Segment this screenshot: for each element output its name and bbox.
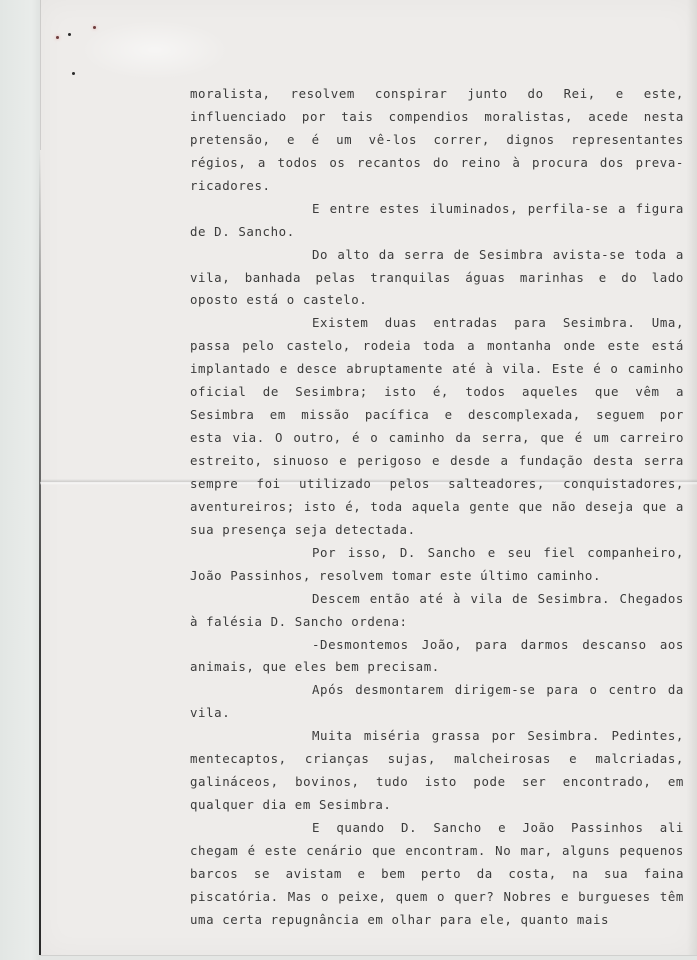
paragraph: -Desmontemos João, para darmos descanso … — [190, 634, 684, 680]
paragraph: Após desmontarem dirigem-se para o centr… — [190, 679, 684, 725]
text-line: uma certa repugnância em olhar para ele,… — [190, 909, 684, 932]
text-line: à falésia D. Sancho ordena: — [190, 611, 684, 634]
paper-crease-highlight — [80, 20, 230, 80]
paragraph: Muita miséria grassa por Sesimbra. Pedin… — [190, 725, 684, 817]
text-line: E entre estes iluminados, perfila-se a f… — [190, 198, 684, 221]
text-line: Sesimbra em missão pacífica e descomplex… — [190, 404, 684, 427]
text-line: Descem então até à vila de Sesimbra. Che… — [190, 588, 684, 611]
text-line: Existem duas entradas para Sesimbra. Uma… — [190, 312, 684, 335]
text-line: esta via. O outro, é o caminho da serra,… — [190, 427, 684, 450]
text-line: sempre foi utilizado pelos salteadores, … — [190, 473, 684, 496]
text-line: vila. — [190, 702, 684, 725]
paragraph: Existem duas entradas para Sesimbra. Uma… — [190, 312, 684, 541]
text-line: régios, a todos os recantos do reino à p… — [190, 152, 684, 175]
paper-left-edge-top — [40, 0, 41, 150]
paper-speck — [68, 33, 71, 36]
scanner-bed-margin — [0, 0, 40, 960]
text-line: aventureiros; isto é, toda aquela gente … — [190, 496, 684, 519]
text-line: de D. Sancho. — [190, 221, 684, 244]
text-line: Após desmontarem dirigem-se para o centr… — [190, 679, 684, 702]
text-line: qualquer dia em Sesimbra. — [190, 794, 684, 817]
text-line: Do alto da serra de Sesimbra avista-se t… — [190, 244, 684, 267]
text-line: estreito, sinuoso e perigoso e desde a f… — [190, 450, 684, 473]
text-line: Muita miséria grassa por Sesimbra. Pedin… — [190, 725, 684, 748]
paragraph: moralista, resolvem conspirar junto do R… — [190, 83, 684, 198]
text-line: influenciado por tais compendios moralis… — [190, 106, 684, 129]
text-line: oposto está o castelo. — [190, 289, 684, 312]
text-line: E quando D. Sancho e João Passinhos ali — [190, 817, 684, 840]
text-line: Por isso, D. Sancho e seu fiel companhei… — [190, 542, 684, 565]
paragraph: Por isso, D. Sancho e seu fiel companhei… — [190, 542, 684, 588]
text-line: João Passinhos, resolvem tomar este últi… — [190, 565, 684, 588]
text-line: implantado e desce abruptamente até à vi… — [190, 358, 684, 381]
text-line: piscatória. Mas o peixe, quem o quer? No… — [190, 886, 684, 909]
text-line: sua presença seja detectada. — [190, 519, 684, 542]
text-line: moralista, resolvem conspirar junto do R… — [190, 83, 684, 106]
text-line: oficial de Sesimbra; isto é, todos aquel… — [190, 381, 684, 404]
paper-speck — [93, 26, 96, 29]
text-line: -Desmontemos João, para darmos descanso … — [190, 634, 684, 657]
text-line: chegam é este cenário que encontram. No … — [190, 840, 684, 863]
paragraph: E quando D. Sancho e João Passinhos alic… — [190, 817, 684, 932]
text-line: pretensão, e é um vê-los correr, dignos … — [190, 129, 684, 152]
text-line: galináceos, bovinos, tudo isto pode ser … — [190, 771, 684, 794]
paper-left-edge-shadow — [39, 150, 41, 955]
text-line: barcos se avistam e bem perto da costa, … — [190, 863, 684, 886]
text-line: mentecaptos, crianças sujas, malcheirosa… — [190, 748, 684, 771]
text-line: ricadores. — [190, 175, 684, 198]
paper-bottom-edge — [40, 955, 697, 960]
text-line: animais, que eles bem precisam. — [190, 656, 684, 679]
paragraph: Descem então até à vila de Sesimbra. Che… — [190, 588, 684, 634]
text-line: passa pelo castelo, rodeia toda a montan… — [190, 335, 684, 358]
paragraph: E entre estes iluminados, perfila-se a f… — [190, 198, 684, 244]
document-body: moralista, resolvem conspirar junto do R… — [190, 83, 684, 932]
paper-speck — [56, 36, 59, 39]
text-line: vila, banhada pelas tranquilas águas mar… — [190, 267, 684, 290]
paper-speck — [72, 72, 75, 75]
scanned-page: moralista, resolvem conspirar junto do R… — [0, 0, 697, 960]
paragraph: Do alto da serra de Sesimbra avista-se t… — [190, 244, 684, 313]
